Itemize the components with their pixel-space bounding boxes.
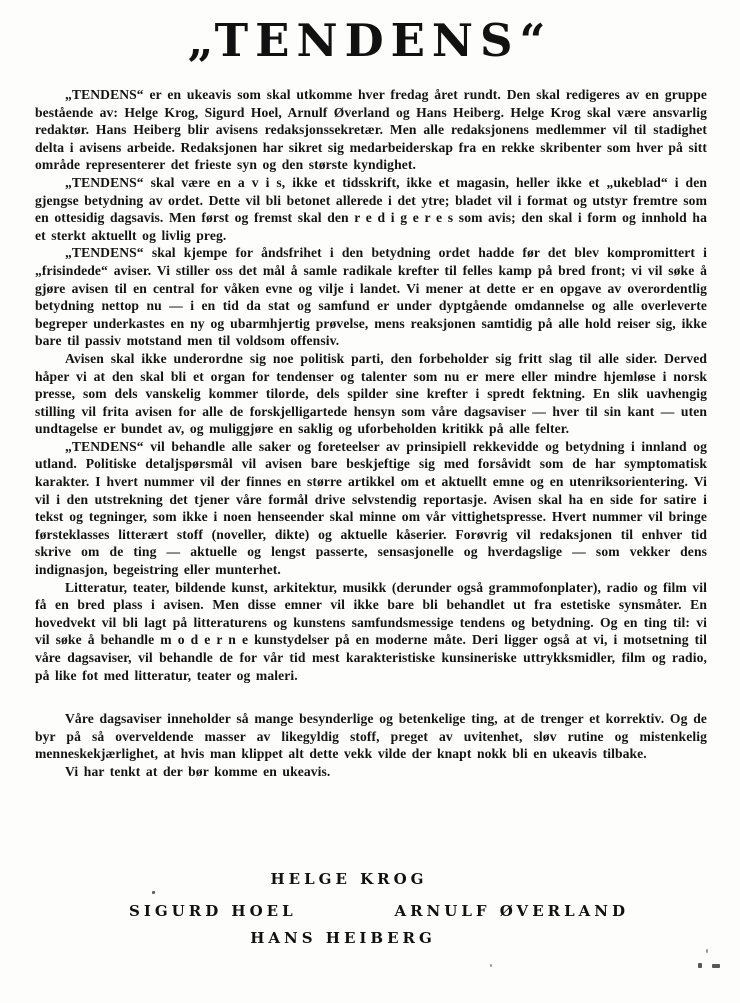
signature-row: SIGURD HOEL ARNULF ØVERLAND (35, 902, 707, 920)
scanned-document-page: „TENDENS“ „TENDENS“ er en ukeavis som sk… (0, 0, 740, 1003)
scan-speck (152, 891, 155, 894)
signature-hans-heiberg: HANS HEIBERG (35, 929, 707, 947)
paragraph-intro: „TENDENS“ er en ukeavis som skal utkomme… (35, 86, 707, 174)
signatures-block: HELGE KROG SIGURD HOEL ARNULF ØVERLAND H… (35, 870, 707, 947)
signature-sigurd-hoel: SIGURD HOEL (129, 902, 297, 920)
paragraph-avis-not-tidsskrift: „TENDENS“ skal være en a v i s, ikke et … (35, 174, 707, 244)
paragraph-andsfrihet: „TENDENS“ skal kjempe for åndsfrihet i d… (35, 244, 707, 350)
paragraph-korrektiv: Våre dagsaviser inneholder så mange besy… (35, 710, 707, 763)
document-title: „TENDENS“ (0, 0, 740, 67)
paragraph-politisk-uavhengig: Avisen skal ikke underordne sig noe poli… (35, 350, 707, 438)
scan-speck (698, 963, 702, 968)
document-body: „TENDENS“ er en ukeavis som skal utkomme… (35, 86, 707, 781)
scan-speck (712, 964, 720, 968)
paragraph-konklusjon: Vi har tenkt at der bør komme en ukeavis… (35, 763, 707, 781)
signature-arnulf-overland: ARNULF ØVERLAND (394, 902, 629, 920)
scan-speck (490, 964, 492, 967)
paragraph-kultur: Litteratur, teater, bildende kunst, arki… (35, 579, 707, 685)
signature-helge-krog: HELGE KROG (35, 870, 707, 888)
paragraph-innhold: „TENDENS“ vil behandle alle saker og for… (35, 438, 707, 579)
scan-speck (706, 949, 708, 953)
